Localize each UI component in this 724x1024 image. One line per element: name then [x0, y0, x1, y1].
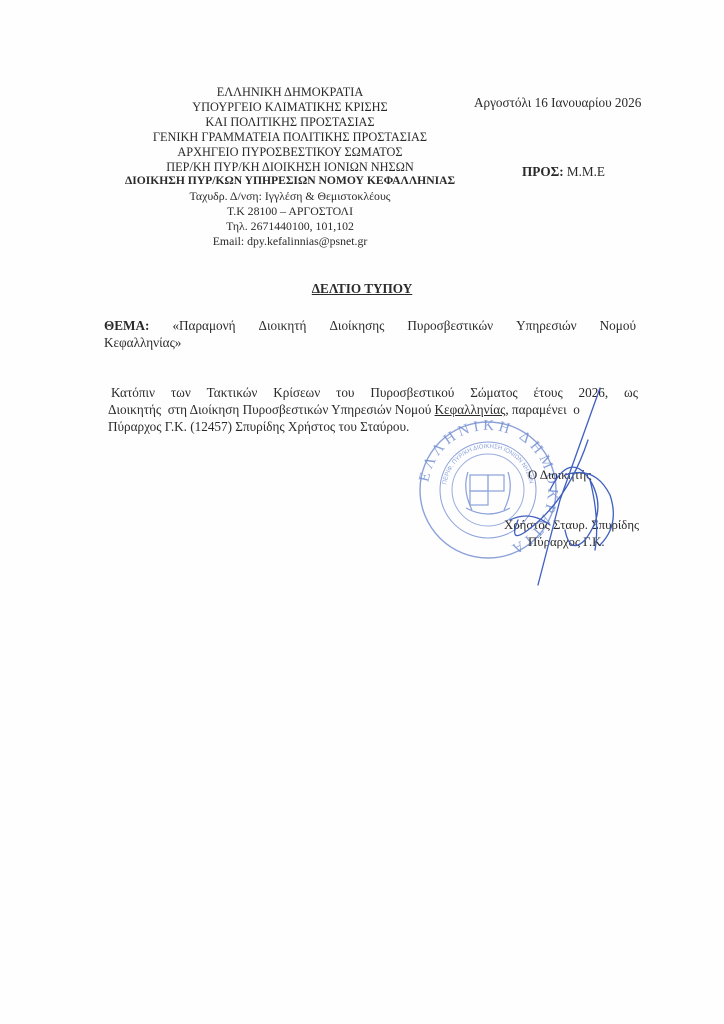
letterhead-address: Ταχυδρ. Δ/νση: Ιγγλέση & Θεμιστοκλέους	[110, 189, 470, 204]
subject-word: Πυροσβεστικών	[407, 318, 493, 335]
body-word: του	[336, 384, 354, 401]
document-title-text: ΔΕΛΤΙΟ ΤΥΠΟΥ	[312, 281, 413, 296]
body-word: Κατόπιν	[111, 384, 155, 401]
document-date: Αργοστόλι 16 Ιανουαρίου 2026	[474, 95, 641, 111]
recipient-value: Μ.Μ.Ε	[567, 164, 605, 179]
recipient: ΠΡΟΣ: Μ.Μ.Ε	[522, 164, 605, 180]
subject-word: Νομού	[600, 318, 636, 335]
letterhead-department: ΔΙΟΙΚΗΣΗ ΠΥΡ/ΚΩΝ ΥΠΗΡΕΣΙΩΝ ΝΟΜΟΥ ΚΕΦΑΛΛΗ…	[110, 174, 470, 189]
body-word: Κρίσεων	[273, 384, 320, 401]
subject-line-1: ΘΕΜΑ: «Παραμονή Διοικητή Διοίκησης Πυροσ…	[104, 318, 636, 335]
letterhead-line: ΕΛΛΗΝΙΚΗ ΔΗΜΟΚΡΑΤΙΑ	[110, 85, 470, 100]
letterhead: ΕΛΛΗΝΙΚΗ ΔΗΜΟΚΡΑΤΙΑ ΥΠΟΥΡΓΕΙΟ ΚΛΙΜΑΤΙΚΗΣ…	[110, 85, 470, 249]
letterhead-line: ΓΕΝΙΚΗ ΓΡΑΜΜΑΤΕΙΑ ΠΟΛΙΤΙΚΗΣ ΠΡΟΣΤΑΣΙΑΣ	[110, 130, 470, 145]
letterhead-email: Email: dpy.kefalinnias@psnet.gr	[110, 234, 470, 249]
subject-label: ΘΕΜΑ:	[104, 318, 149, 335]
document-page: ΕΛΛΗΝΙΚΗ ΔΗΜΟΚΡΑΤΙΑ ΥΠΟΥΡΓΕΙΟ ΚΛΙΜΑΤΙΚΗΣ…	[0, 0, 724, 1024]
body-text: Διοικητής στη Διοίκηση Πυροσβεστικών Υπη…	[108, 401, 435, 418]
letterhead-line: ΥΠΟΥΡΓΕΙΟ ΚΛΙΜΑΤΙΚΗΣ ΚΡΙΣΗΣ	[110, 100, 470, 115]
subject-line-2: Κεφαλληνίας»	[104, 335, 636, 352]
subject-word: Διοικητή	[259, 318, 307, 335]
letterhead-line: ΠΕΡ/ΚΗ ΠΥΡ/ΚΗ ΔΙΟΙΚΗΣΗ ΙΟΝΙΩΝ ΝΗΣΩΝ	[110, 160, 470, 175]
letterhead-line: ΑΡΧΗΓΕΙΟ ΠΥΡΟΣΒΕΣΤΙΚΟΥ ΣΩΜΑΤΟΣ	[110, 145, 470, 160]
letterhead-line: ΚΑΙ ΠΟΛΙΤΙΚΗΣ ΠΡΟΣΤΑΣΙΑΣ	[110, 115, 470, 130]
document-title: ΔΕΛΤΙΟ ΤΥΠΟΥ	[0, 281, 724, 297]
body-word: των	[171, 384, 191, 401]
subject-word: Διοίκησης	[329, 318, 384, 335]
subject-word: Υπηρεσιών	[516, 318, 577, 335]
handwritten-signature	[440, 380, 660, 590]
subject-word: «Παραμονή	[172, 318, 235, 335]
recipient-label: ΠΡΟΣ:	[522, 164, 564, 179]
letterhead-postal: Τ.Κ 28100 – ΑΡΓΟΣΤΟΛΙ	[110, 204, 470, 219]
body-word: Τακτικών	[207, 384, 258, 401]
subject: ΘΕΜΑ: «Παραμονή Διοικητή Διοίκησης Πυροσ…	[104, 318, 636, 351]
letterhead-phone: Τηλ. 2671440100, 101,102	[110, 219, 470, 234]
